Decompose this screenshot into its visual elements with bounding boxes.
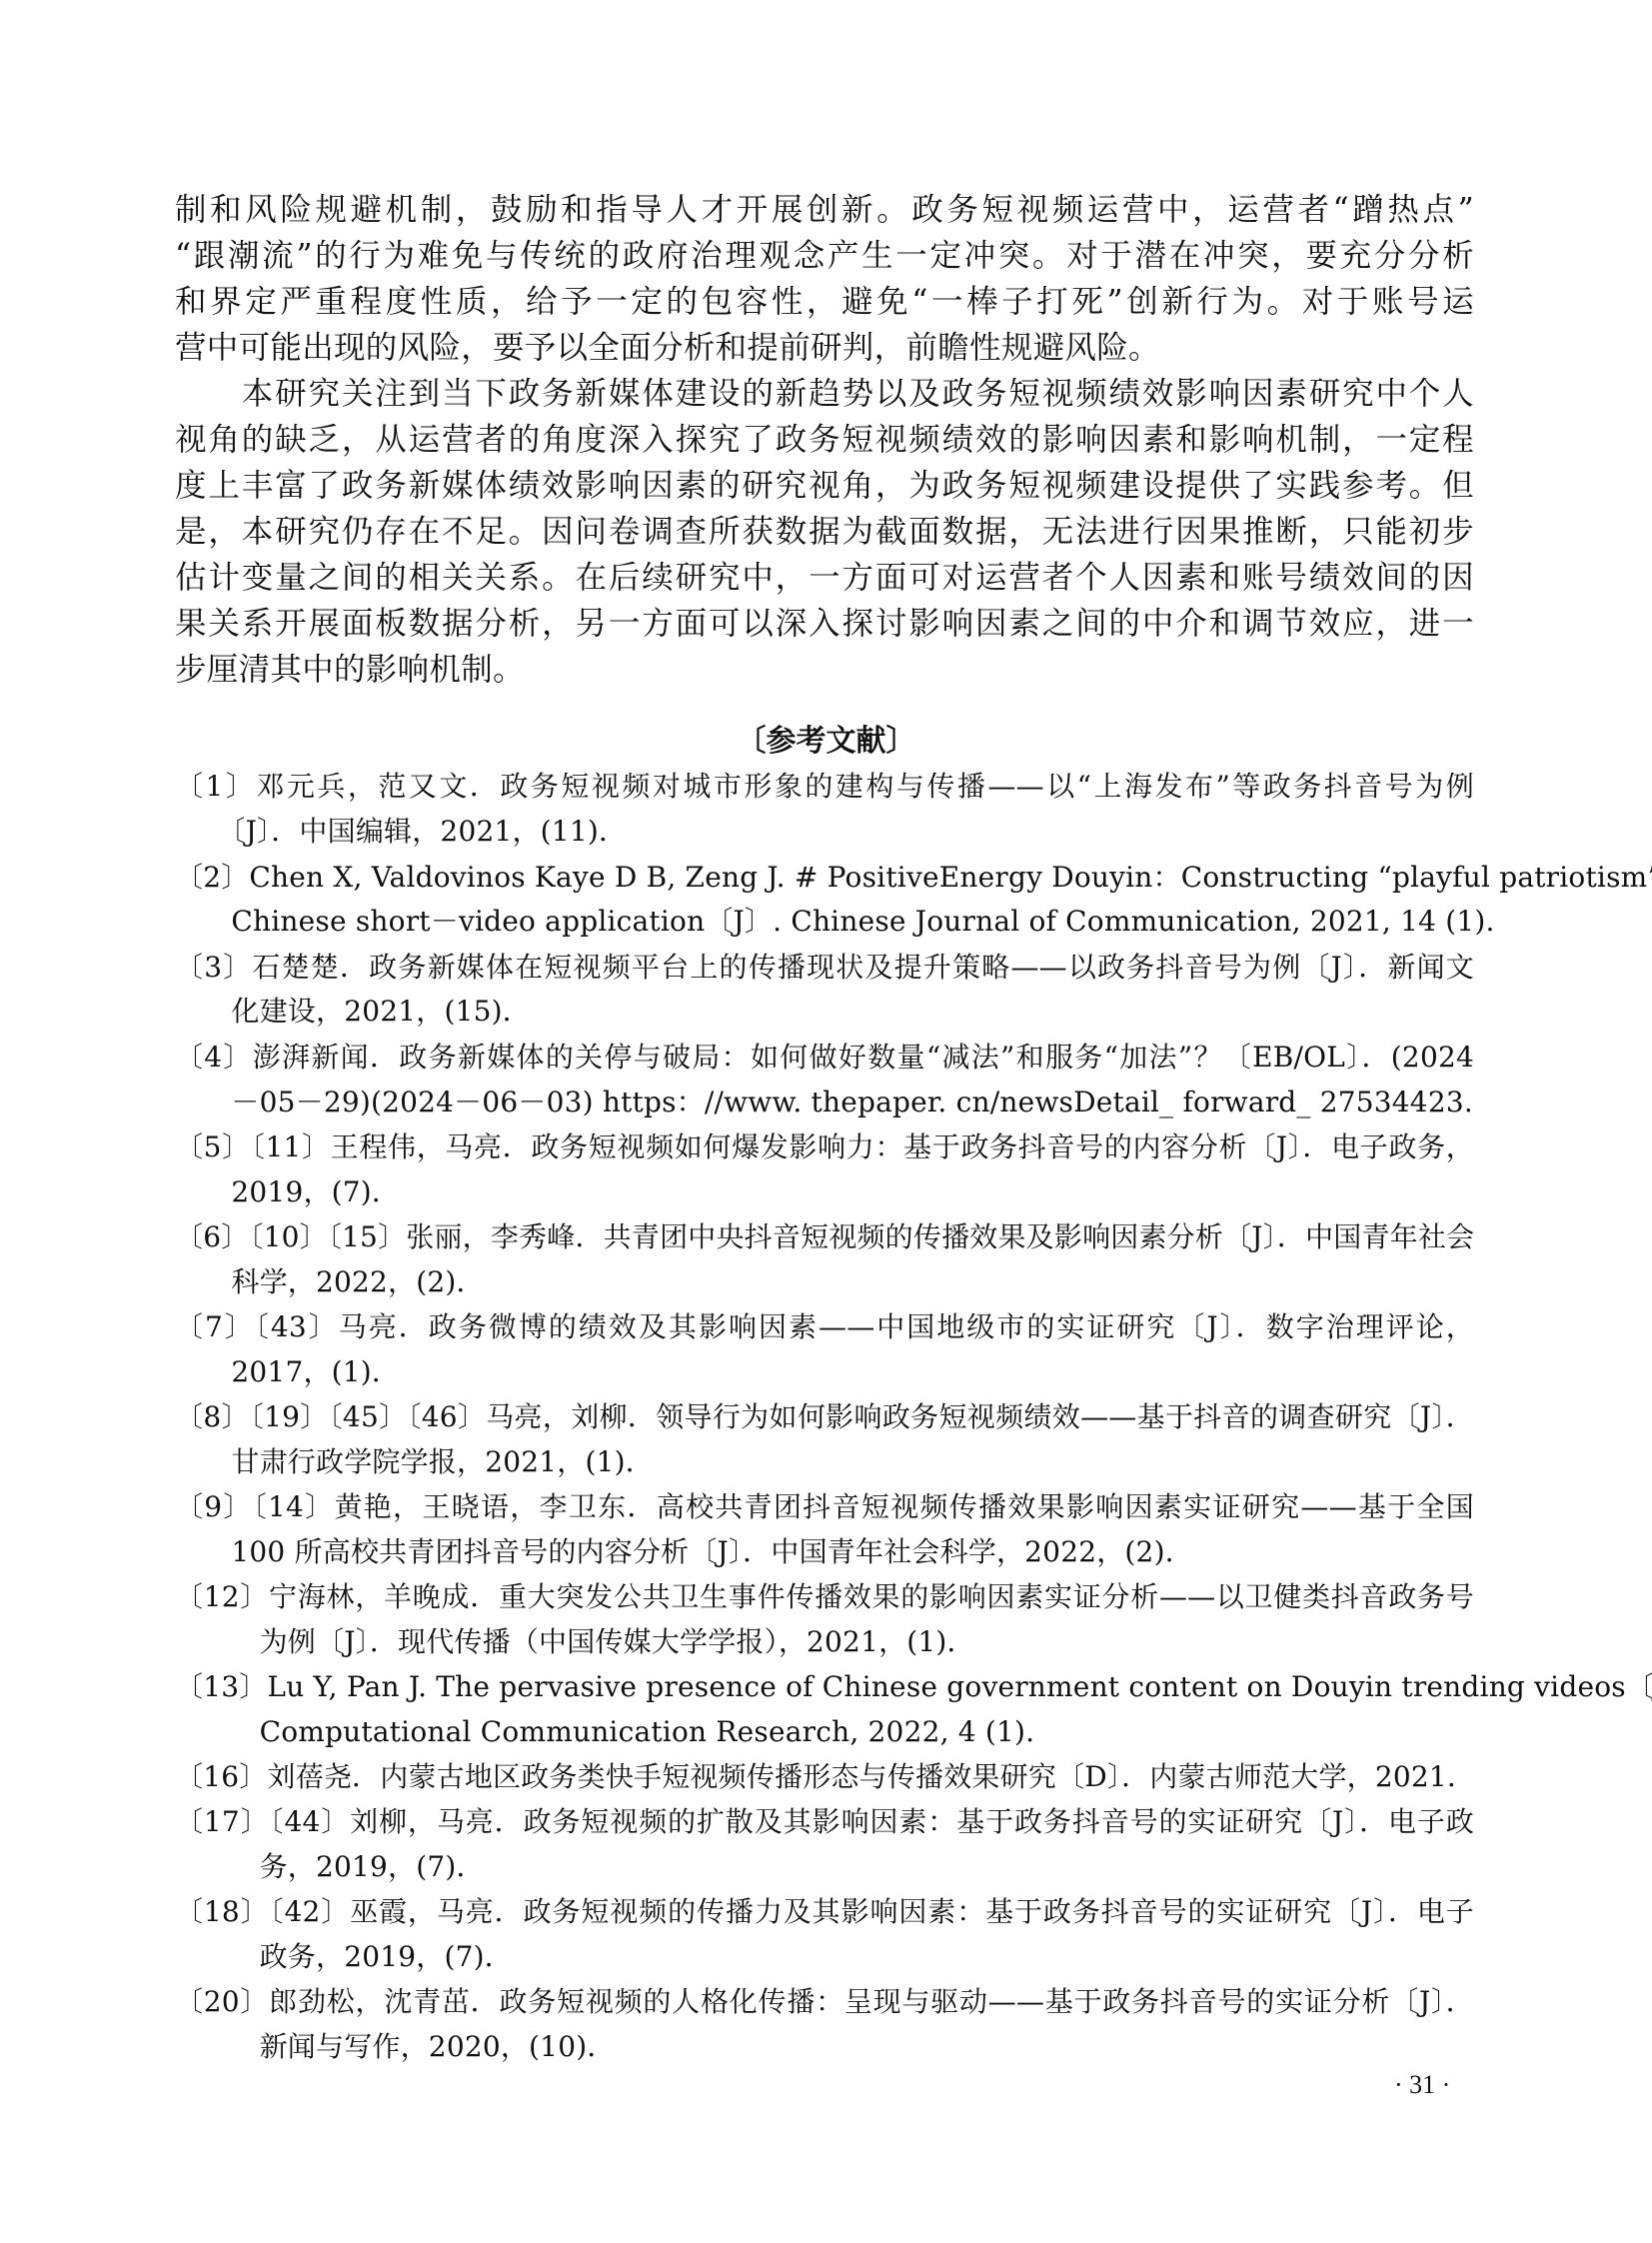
reference-line: 〔4〕澎湃新闻．政务新媒体的关停与破局：如何做好数量“减法”和服务“加法”？〔E… (175, 1038, 1474, 1078)
reference-line: 科学，2022，(2)． (175, 1262, 1474, 1302)
text-line: 和界定严重程度性质，给予一定的包容性，避免“一棒子打死”创新行为。对于账号运 (175, 282, 1474, 322)
reference-line: Computational Communication Research, 20… (175, 1712, 1474, 1752)
text-line: 营中可能出现的风险，要予以全面分析和提前研判，前瞻性规避风险。 (175, 328, 1474, 368)
text-line: 本研究关注到当下政务新媒体建设的新趋势以及政务短视频绩效影响因素研究中个人 (175, 374, 1474, 414)
reference-line: 化建设，2021，(15)． (175, 992, 1474, 1032)
reference-line: 新闻与写作，2020，(10)． (175, 2027, 1474, 2067)
reference-line: 〔16〕刘蓓尧．内蒙古地区政务类快手短视频传播形态与传播效果研究〔D〕．内蒙古师… (175, 1757, 1474, 1797)
document-page: 制和风险规避机制，鼓励和指导人才开展创新。政务短视频运营中，运营者“蹭热点” “… (0, 0, 1652, 2243)
reference-line: 100 所高校共青团抖音号的内容分析〔J〕．中国青年社会科学，2022，(2)． (175, 1532, 1474, 1572)
reference-line: 〔17〕〔44〕刘柳，马亮．政务短视频的扩散及其影响因素：基于政务抖音号的实证研… (175, 1802, 1474, 1842)
text-line: 度上丰富了政务新媒体绩效影响因素的研究视角，为政务短视频建设提供了实践参考。但 (175, 466, 1474, 506)
reference-line: 〔9〕〔14〕黄艳，王晓语，李卫东．高校共青团抖音短视频传播效果影响因素实证研究… (175, 1487, 1474, 1527)
reference-line: 〔1〕邓元兵，范又文．政务短视频对城市形象的建构与传播——以“上海发布”等政务抖… (175, 767, 1474, 807)
reference-line: 〔8〕〔19〕〔45〕〔46〕马亮，刘柳．领导行为如何影响政务短视频绩效——基于… (175, 1397, 1474, 1437)
reference-line: 〔12〕宁海林，羊晚成．重大突发公共卫生事件传播效果的影响因素实证分析——以卫健… (175, 1577, 1474, 1617)
references-heading: 〔参考文献〕 (0, 722, 1652, 762)
reference-line: 2019，(7)． (175, 1172, 1474, 1212)
reference-line: 〔7〕〔43〕马亮．政务微博的绩效及其影响因素——中国地级市的实证研究〔J〕．数… (175, 1307, 1474, 1347)
text-line: 步厘清其中的影响机制。 (175, 650, 1474, 690)
reference-line: 政务，2019，(7)． (175, 1937, 1474, 1977)
text-line: 视角的缺乏，从运营者的角度深入探究了政务短视频绩效的影响因素和影响机制，一定程 (175, 420, 1474, 460)
reference-line: 务，2019，(7)． (175, 1847, 1474, 1887)
text-line: 果关系开展面板数据分析，另一方面可以深入探讨影响因素之间的中介和调节效应，进一 (175, 604, 1474, 644)
reference-line: 〔13〕Lu Y, Pan J. The pervasive presence … (175, 1667, 1474, 1707)
reference-line: 〔3〕石楚楚．政务新媒体在短视频平台上的传播现状及提升策略——以政务抖音号为例〔… (175, 948, 1474, 988)
reference-line: 〔J〕．中国编辑，2021，(11)． (175, 812, 1474, 852)
reference-line: 〔2〕Chen X, Valdovinos Kaye D B, Zeng J. … (175, 858, 1474, 898)
text-line: 是，本研究仍存在不足。因问卷调查所获数据为截面数据，无法进行因果推断，只能初步 (175, 512, 1474, 552)
reference-line: Chinese short－video application〔J〕. Chin… (175, 902, 1474, 942)
reference-line: 2017，(1)． (175, 1352, 1474, 1392)
text-line: 估计变量之间的相关关系。在后续研究中，一方面可对运营者个人因素和账号绩效间的因 (175, 558, 1474, 598)
reference-line: 为例〔J〕．现代传播（中国传媒大学学报），2021，(1)． (175, 1622, 1474, 1662)
page-number: · 31 · (1394, 2067, 1450, 2103)
reference-line: 〔20〕郎劲松，沈青茁．政务短视频的人格化传播：呈现与驱动——基于政务抖音号的实… (175, 1982, 1474, 2022)
reference-line: 〔18〕〔42〕巫霞，马亮．政务短视频的传播力及其影响因素：基于政务抖音号的实证… (175, 1892, 1474, 1932)
reference-line: 〔5〕〔11〕王程伟，马亮．政务短视频如何爆发影响力：基于政务抖音号的内容分析〔… (175, 1127, 1474, 1167)
reference-line: 甘肃行政学院学报，2021，(1)． (175, 1442, 1474, 1482)
reference-line: 〔6〕〔10〕〔15〕张丽，李秀峰．共青团中央抖音短视频的传播效果及影响因素分析… (175, 1217, 1474, 1257)
text-line: 制和风险规避机制，鼓励和指导人才开展创新。政务短视频运营中，运营者“蹭热点” (175, 190, 1474, 230)
reference-line: －05－29)(2024－06－03) https：//www. thepape… (175, 1083, 1474, 1122)
text-line: “跟潮流”的行为难免与传统的政府治理观念产生一定冲突。对于潜在冲突，要充分分析 (175, 236, 1474, 276)
